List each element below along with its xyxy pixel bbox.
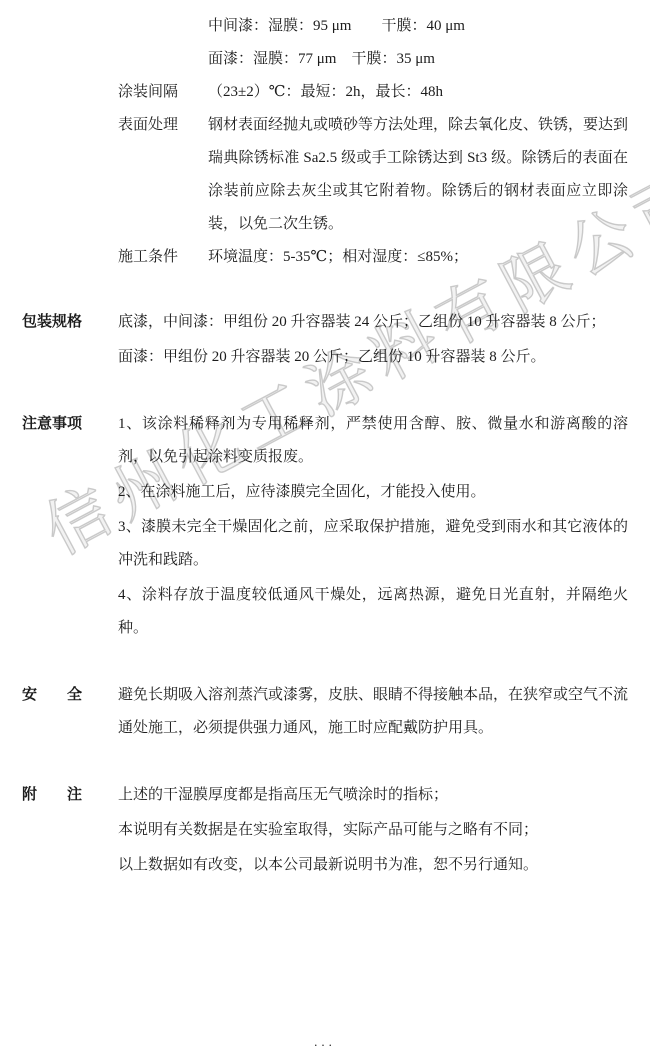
section-label: 包装规格 [22, 306, 118, 339]
section-label: 附 注 [22, 779, 118, 812]
spec-label: 涂装间隔 [118, 76, 208, 109]
spec-row-application-conditions: 施工条件 环境温度：5-35℃；相对湿度：≤85%； [22, 241, 628, 274]
section-remarks: 附 注 上述的干湿膜厚度都是指高压无气喷涂时的指标； 本说明有关数据是在实验室取… [22, 779, 628, 884]
section-packaging: 包装规格 底漆，中间漆：甲组份 20 升容器装 24 公斤；乙组份 10 升容器… [22, 306, 628, 376]
document-content: 中间漆：湿膜：95 μm 干膜：40 μm 面漆：湿膜：77 μm 干膜：35 … [0, 0, 650, 884]
section-body: 上述的干湿膜厚度都是指高压无气喷涂时的指标； 本说明有关数据是在实验室取得，实际… [118, 779, 628, 884]
spec-row-paint-interval: 涂装间隔 （23±2）℃：最短：2h，最长：48h [22, 76, 628, 109]
section-body: 1、该涂料稀释剂为专用稀释剂，严禁使用含醇、胺、微量水和游离酸的溶剂，以免引起涂… [118, 408, 628, 647]
paragraph: 面漆：甲组份 20 升容器装 20 公斤；乙组份 10 升容器装 8 公斤。 [118, 341, 628, 374]
paragraph: 2、在涂料施工后，应待漆膜完全固化，才能投入使用。 [118, 476, 628, 509]
spec-text: 面漆：湿膜：77 μm 干膜：35 μm [208, 43, 628, 76]
section-safety: 安 全 避免长期吸入溶剂蒸汽或漆雾，皮肤、眼睛不得接触本品，在狭窄或空气不流通处… [22, 679, 628, 747]
paragraph: 避免长期吸入溶剂蒸汽或漆雾，皮肤、眼睛不得接触本品，在狭窄或空气不流通处施工，必… [118, 679, 628, 745]
section-body: 底漆，中间漆：甲组份 20 升容器装 24 公斤；乙组份 10 升容器装 8 公… [118, 306, 628, 376]
spec-text: 钢材表面经抛丸或喷砂等方法处理，除去氧化皮、铁锈，要达到瑞典除锈标准 Sa2.5… [208, 109, 628, 241]
spec-rows: 中间漆：湿膜：95 μm 干膜：40 μm 面漆：湿膜：77 μm 干膜：35 … [22, 10, 628, 274]
spec-row: 面漆：湿膜：77 μm 干膜：35 μm [22, 43, 628, 76]
paragraph: 底漆，中间漆：甲组份 20 升容器装 24 公斤；乙组份 10 升容器装 8 公… [118, 306, 628, 339]
document-page: 信州化工涂料有限公司 中间漆：湿膜：95 μm 干膜：40 μm 面漆：湿膜：7… [0, 0, 650, 1060]
section-label: 注意事项 [22, 408, 118, 441]
paragraph: 本说明有关数据是在实验室取得，实际产品可能与之略有不同； [118, 814, 628, 847]
paragraph: 3、漆膜未完全干燥固化之前，应采取保护措施，避免受到雨水和其它液体的冲洗和践踏。 [118, 511, 628, 577]
spec-text: （23±2）℃：最短：2h，最长：48h [208, 76, 628, 109]
paragraph: 上述的干湿膜厚度都是指高压无气喷涂时的指标； [118, 779, 628, 812]
section-body: 避免长期吸入溶剂蒸汽或漆雾，皮肤、眼睛不得接触本品，在狭窄或空气不流通处施工，必… [118, 679, 628, 747]
section-label: 安 全 [22, 679, 118, 712]
spec-text: 中间漆：湿膜：95 μm 干膜：40 μm [208, 10, 628, 43]
page-footer-dots: ... [0, 1025, 650, 1058]
section-notes: 注意事项 1、该涂料稀释剂为专用稀释剂，严禁使用含醇、胺、微量水和游离酸的溶剂，… [22, 408, 628, 647]
paragraph: 以上数据如有改变，以本公司最新说明书为准，恕不另行通知。 [118, 849, 628, 882]
spec-label: 施工条件 [118, 241, 208, 274]
spec-text: 环境温度：5-35℃；相对湿度：≤85%； [208, 241, 628, 274]
paragraph: 1、该涂料稀释剂为专用稀释剂，严禁使用含醇、胺、微量水和游离酸的溶剂，以免引起涂… [118, 408, 628, 474]
spec-label: 表面处理 [118, 109, 208, 142]
spec-row-surface-treatment: 表面处理 钢材表面经抛丸或喷砂等方法处理，除去氧化皮、铁锈，要达到瑞典除锈标准 … [22, 109, 628, 241]
paragraph: 4、涂料存放于温度较低通风干燥处，远离热源，避免日光直射，并隔绝火种。 [118, 579, 628, 645]
spec-row: 中间漆：湿膜：95 μm 干膜：40 μm [22, 10, 628, 43]
